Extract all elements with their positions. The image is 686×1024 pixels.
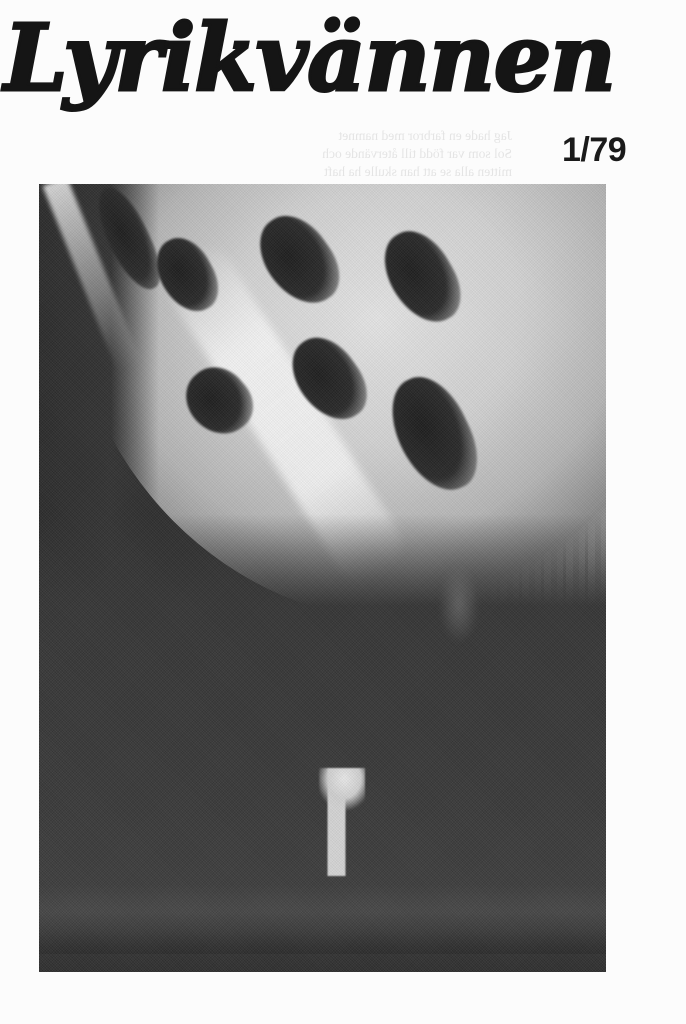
show-through-line: Jag hade en farbror med namnet bbox=[262, 127, 512, 145]
halftone-grain bbox=[39, 184, 606, 972]
issue-number: 1/79 bbox=[562, 130, 626, 170]
show-through-line: Sol som var född till återvände och bbox=[262, 145, 512, 163]
show-through-line: mitten alla se att han skulle ha haft bbox=[262, 163, 512, 181]
cover-photo bbox=[39, 184, 606, 972]
magazine-title: Lyrikvännen bbox=[4, 8, 641, 108]
show-through-text: Jag hade en farbror med namnet Sol som v… bbox=[262, 127, 512, 181]
magazine-cover: Lyrikvännen Jag hade en farbror med namn… bbox=[0, 0, 686, 1024]
